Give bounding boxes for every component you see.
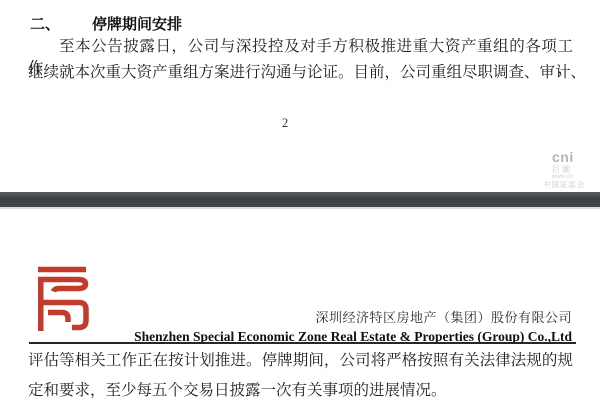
section-number: 二、: [30, 15, 60, 33]
page-separator-bar: [0, 192, 600, 207]
letterhead-rule: [29, 342, 576, 344]
body-text-line: 继续就本次重大资产重组方案进行沟通与论证。目前，公司重组尽职调查、审计、: [28, 60, 573, 82]
company-logo-icon: [38, 266, 92, 332]
company-logo: [38, 266, 92, 332]
company-name-cn: 深圳经济特区房地产（集团）股份有限公司: [134, 307, 572, 326]
page-separator-edge: [0, 207, 600, 209]
watermark-caption: 中国证监会: [543, 181, 600, 190]
body-text-line: 定和要求，至少每五个交易日披露一次有关事项的进展情况。: [28, 378, 573, 400]
announcement-screenshot: { "document": { "page1": { "section_numb…: [0, 0, 600, 416]
watermark-brand: cni: [552, 149, 600, 165]
section-title: 停牌期间安排: [92, 15, 182, 33]
cninfo-watermark: cni 巨潮 www.cn 中国证监会: [552, 149, 600, 190]
watermark-brand-cn: 巨潮: [552, 165, 600, 174]
page-number: 2: [282, 116, 288, 131]
body-text-line: 评估等相关工作正在按计划推进。停牌期间，公司将严格按照有关法律法规的规: [28, 348, 573, 370]
letterhead: 深圳经济特区房地产（集团）股份有限公司 Shenzhen Special Eco…: [134, 307, 572, 345]
section-heading: 二、停牌期间安排: [30, 13, 182, 34]
